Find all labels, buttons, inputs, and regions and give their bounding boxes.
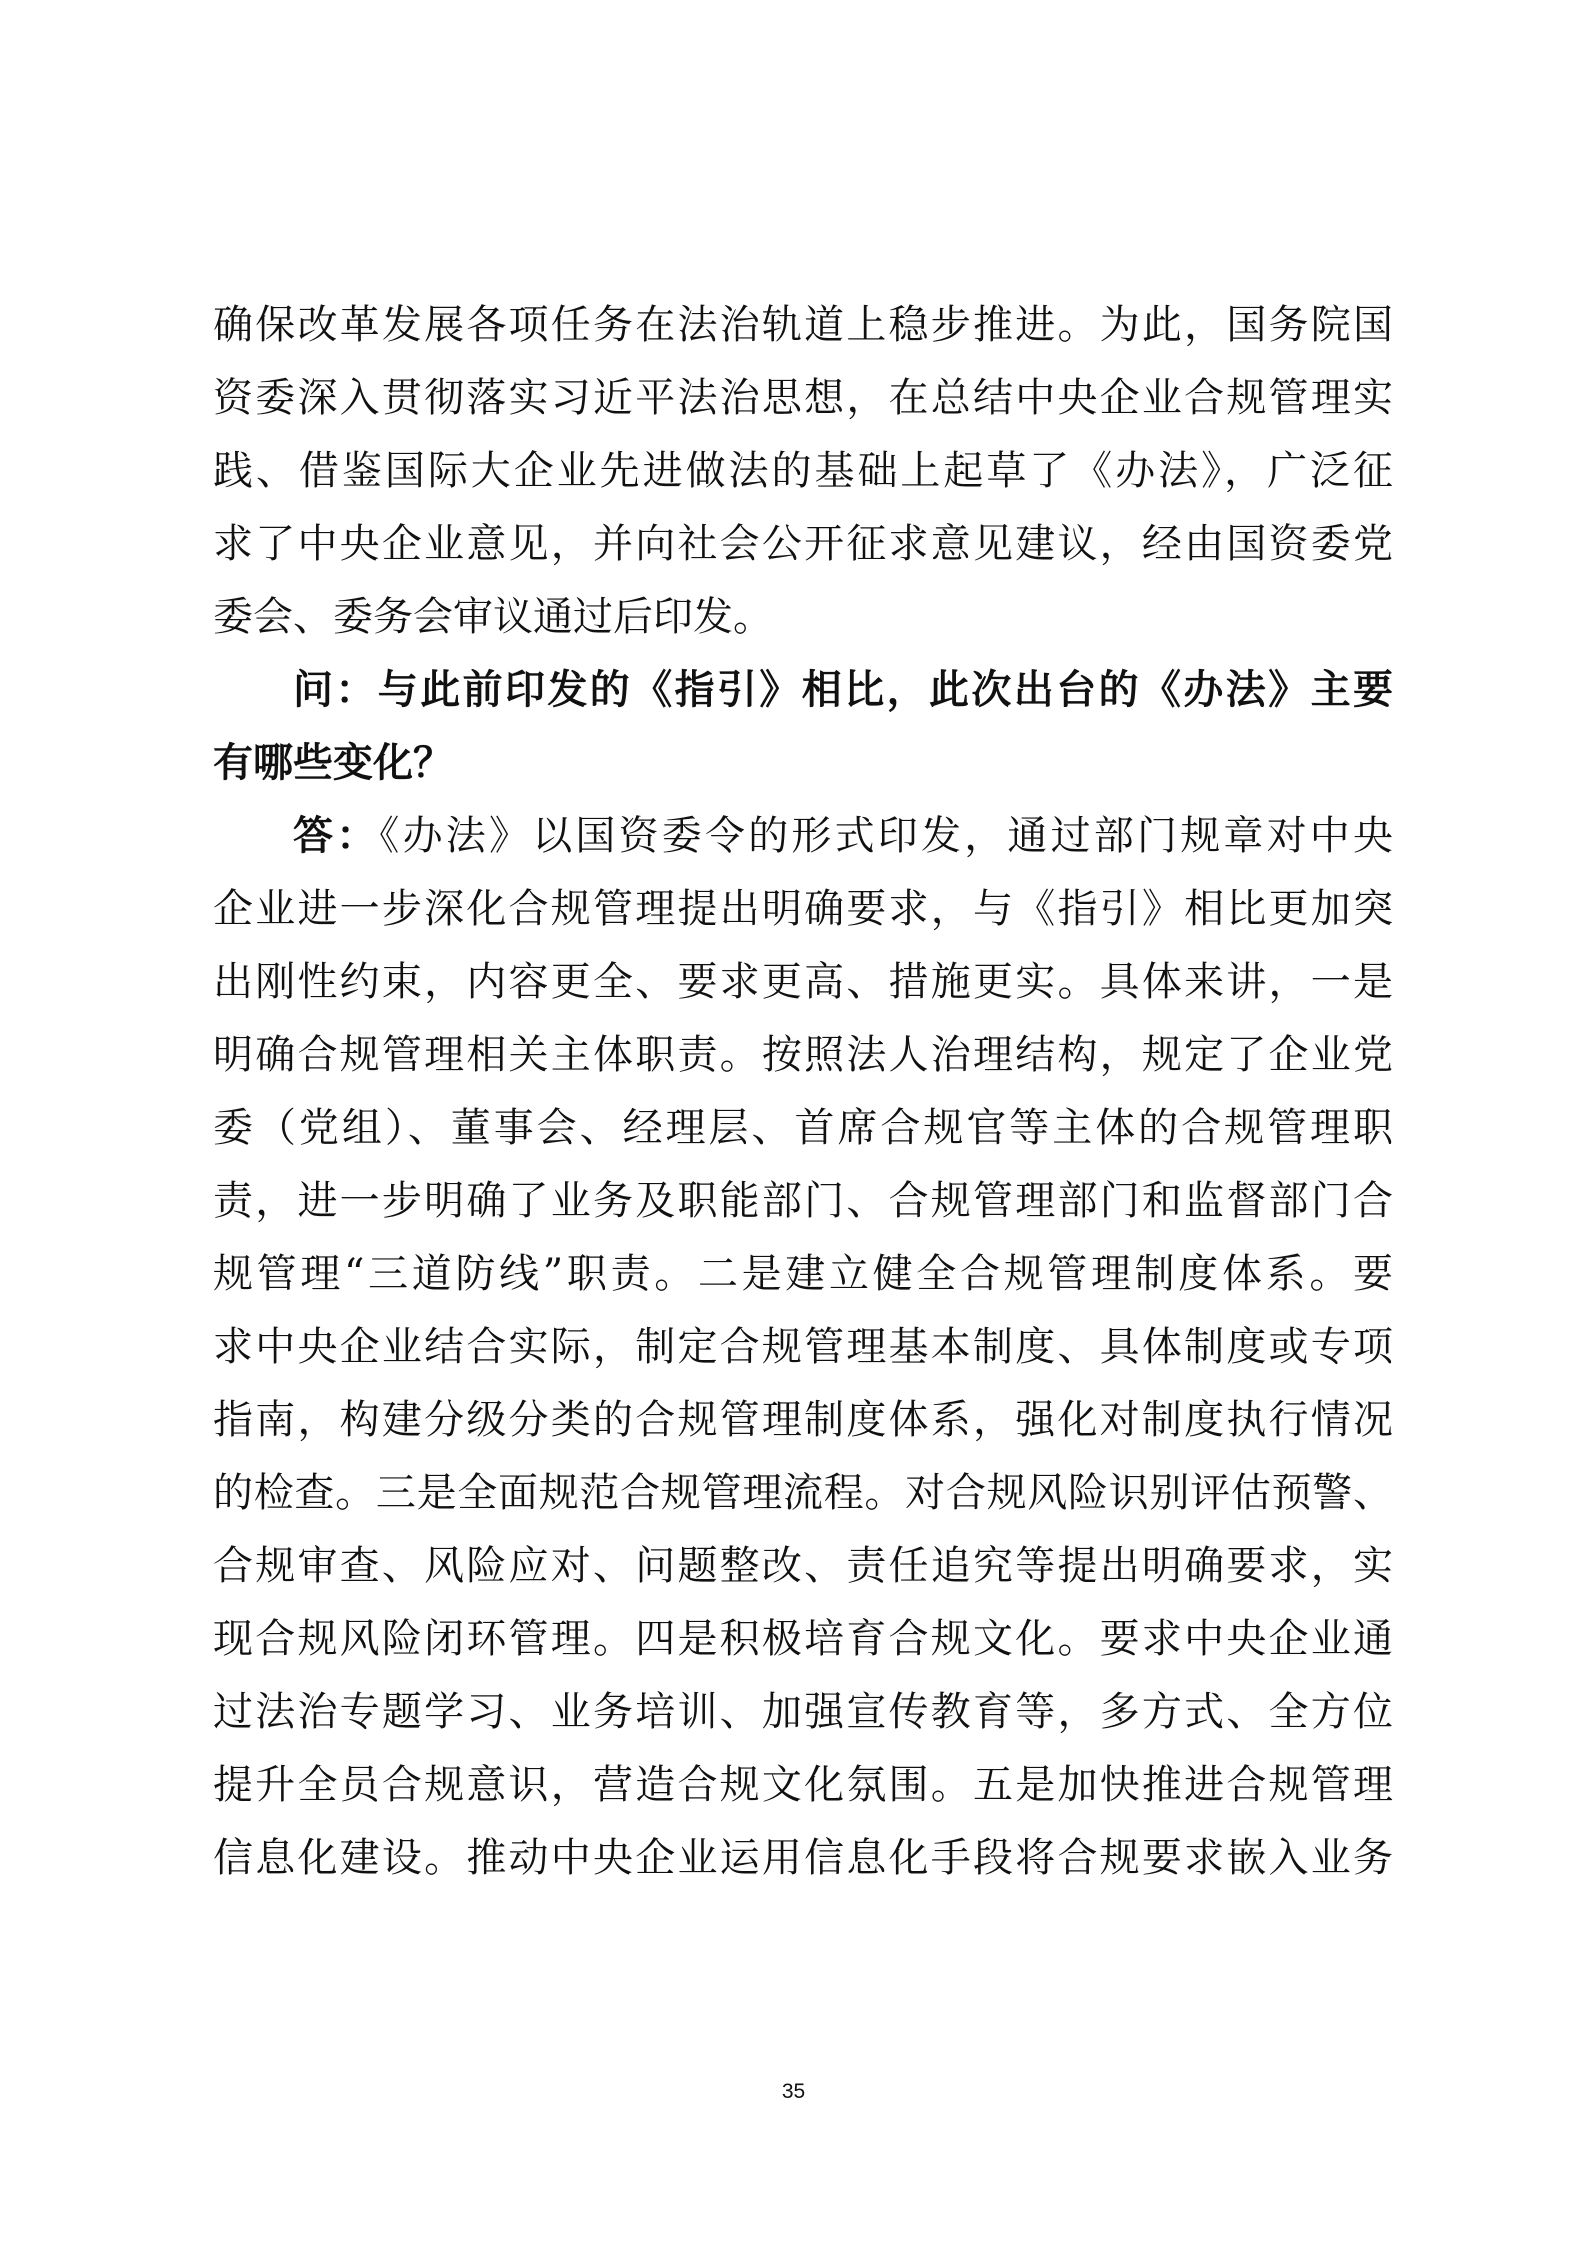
paragraph-line: 确保改革发展各项任务在法治轨道上稳步推进。为此，国务院国 — [213, 295, 1393, 355]
page-number: 35 — [0, 2080, 1587, 2104]
answer-line: 过法治专题学习、业务培训、加强宣传教育等，多方式、全方位 — [213, 1682, 1393, 1742]
answer-line: 责，进一步明确了业务及职能部门、合规管理部门和监督部门合 — [213, 1171, 1393, 1231]
paragraph-line: 委会、委务会审议通过后印发。 — [213, 587, 1393, 647]
answer-line: 的检查。三是全面规范合规管理流程。对合规风险识别评估预警、 — [213, 1463, 1393, 1523]
answer-line: 委（党组）、董事会、经理层、首席合规官等主体的合规管理职 — [213, 1098, 1393, 1158]
answer-line: 信息化建设。推动中央企业运用信息化手段将合规要求嵌入业务 — [213, 1828, 1393, 1888]
answer-line: 明确合规管理相关主体职责。按照法人治理结构，规定了企业党 — [213, 1025, 1393, 1085]
answer-line: 现合规风险闭环管理。四是积极培育合规文化。要求中央企业通 — [213, 1609, 1393, 1669]
answer-line: 出刚性约束，内容更全、要求更高、措施更实。具体来讲，一是 — [213, 952, 1393, 1012]
question-line: 问：与此前印发的《指引》相比，此次出台的《办法》主要 — [213, 660, 1393, 720]
answer-text: 《办法》以国资委令的形式印发，通过部门规章对中央 — [379, 813, 1393, 859]
answer-line: 企业进一步深化合规管理提出明确要求，与《指引》相比更加突 — [213, 879, 1393, 939]
paragraph-line: 求了中央企业意见，并向社会公开征求意见建议，经由国资委党 — [213, 514, 1393, 574]
answer-line: 规管理“三道防线”职责。二是建立健全合规管理制度体系。要 — [213, 1244, 1393, 1304]
paragraph-line: 践、借鉴国际大企业先进做法的基础上起草了《办法》，广泛征 — [213, 441, 1393, 501]
answer-first-line: 答：《办法》以国资委令的形式印发，通过部门规章对中央 — [213, 806, 1393, 866]
question-line: 有哪些变化？ — [213, 733, 1393, 793]
answer-line: 合规审查、风险应对、问题整改、责任追究等提出明确要求，实 — [213, 1536, 1393, 1596]
answer-line: 指南，构建分级分类的合规管理制度体系，强化对制度执行情况 — [213, 1390, 1393, 1450]
answer-label: 答： — [293, 813, 379, 859]
paragraph-line: 资委深入贯彻落实习近平法治思想，在总结中央企业合规管理实 — [213, 368, 1393, 428]
answer-line: 提升全员合规意识，营造合规文化氛围。五是加快推进合规管理 — [213, 1755, 1393, 1815]
answer-line: 求中央企业结合实际，制定合规管理基本制度、具体制度或专项 — [213, 1317, 1393, 1377]
